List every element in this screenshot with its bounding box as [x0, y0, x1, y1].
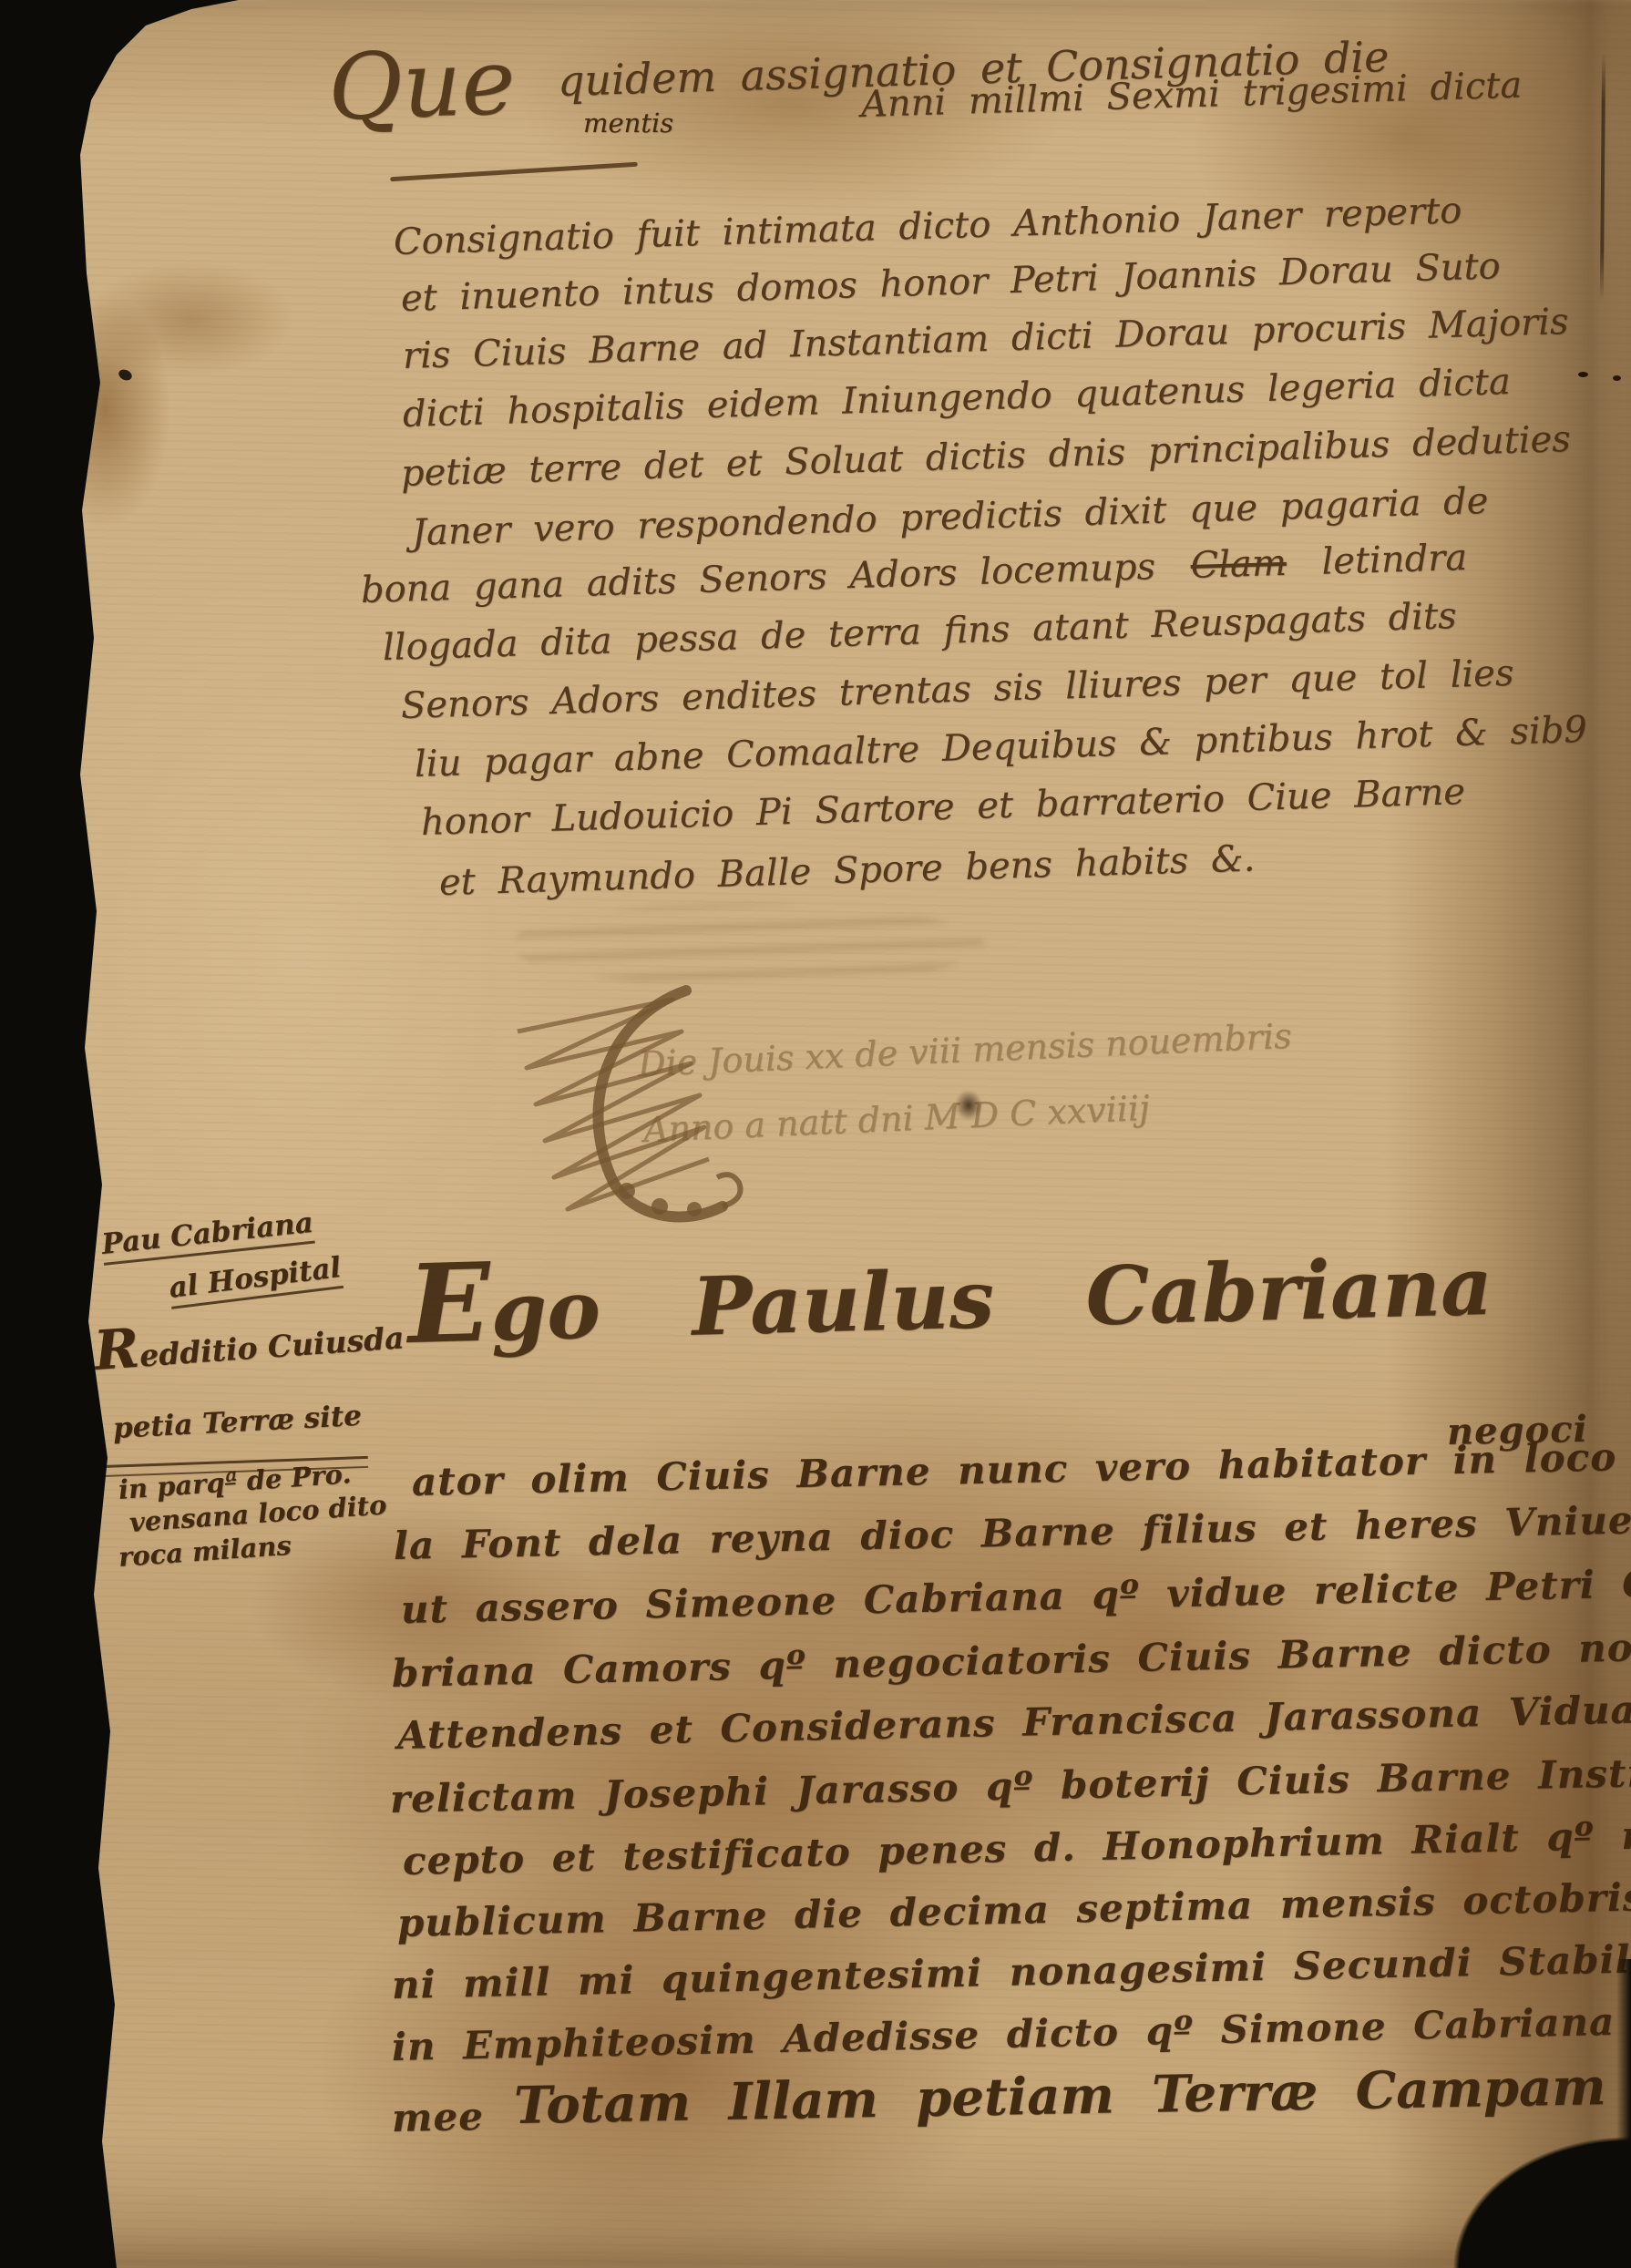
manuscript-line: honor Ludouicio Pi Sartore et barraterio…: [420, 771, 1465, 844]
line-segment: bona gana adits Senors Adors locemups: [360, 546, 1155, 611]
margin-note-line: Pau Cabriana: [100, 1206, 315, 1266]
ink-smudge: [955, 1090, 982, 1121]
initial-word: Que: [326, 28, 518, 141]
page-fold-crease: [1600, 53, 1605, 301]
manuscript-line: Attendens et Considerans Francisca Jaras…: [396, 1687, 1631, 1758]
manuscript-line: relictam Josephi Jarasso qº boterij Ciui…: [389, 1749, 1631, 1822]
ink-blot: [117, 367, 133, 382]
manuscript-line: ni mill mi quingentesimi nonagesimi Secu…: [391, 1934, 1631, 2007]
interline-insertion: mentis: [583, 108, 673, 139]
line-segment: letindra: [1321, 537, 1468, 583]
manuscript-line: briana Camors qº negociatoris Ciuis Barn…: [391, 1623, 1631, 1696]
manuscript-line: mee: [391, 2094, 484, 2140]
margin-note-line: al Hospital: [168, 1251, 344, 1309]
manuscript-photo: Que quidem assignatio et Consignatio die…: [0, 0, 1631, 2268]
paper-sheet: Que quidem assignatio et Consignatio die…: [0, 0, 1631, 2268]
manuscript-line: ut assero Simeone Cabriana qº vidue reli…: [400, 1561, 1631, 1632]
pen-flourish-dash: [390, 162, 638, 182]
bottom-right-corner-backdrop: [1421, 2113, 1631, 2268]
margin-note-line: petia Terræ site: [112, 1400, 363, 1445]
opening-large-words: Ego Paulus Cabriana: [407, 1238, 1494, 1361]
manuscript-line: in Emphiteosim Adedisse dicto qº Simone …: [391, 1996, 1631, 2069]
manuscript-line: la Font dela reyna dioc Barne filius et …: [393, 1495, 1631, 1568]
binding-stitch-mark: [1613, 375, 1621, 381]
binding-stitch-mark: [1578, 372, 1588, 377]
manuscript-line: et Raymundo Balle Spore bens habits &.: [438, 837, 1256, 904]
notary-flourish-scribble: [490, 968, 745, 1241]
margin-note-line: Redditio Cuiusda: [94, 1319, 405, 1377]
manuscript-line: ator olim Ciuis Barne nunc vero habitato…: [411, 1432, 1631, 1504]
manuscript-line: cepto et testificato penes d. Honophrium…: [402, 1811, 1631, 1883]
struck-out-word: Clam: [1190, 542, 1287, 587]
manuscript-line: publicum Barne die decima septima mensis…: [396, 1873, 1631, 1945]
